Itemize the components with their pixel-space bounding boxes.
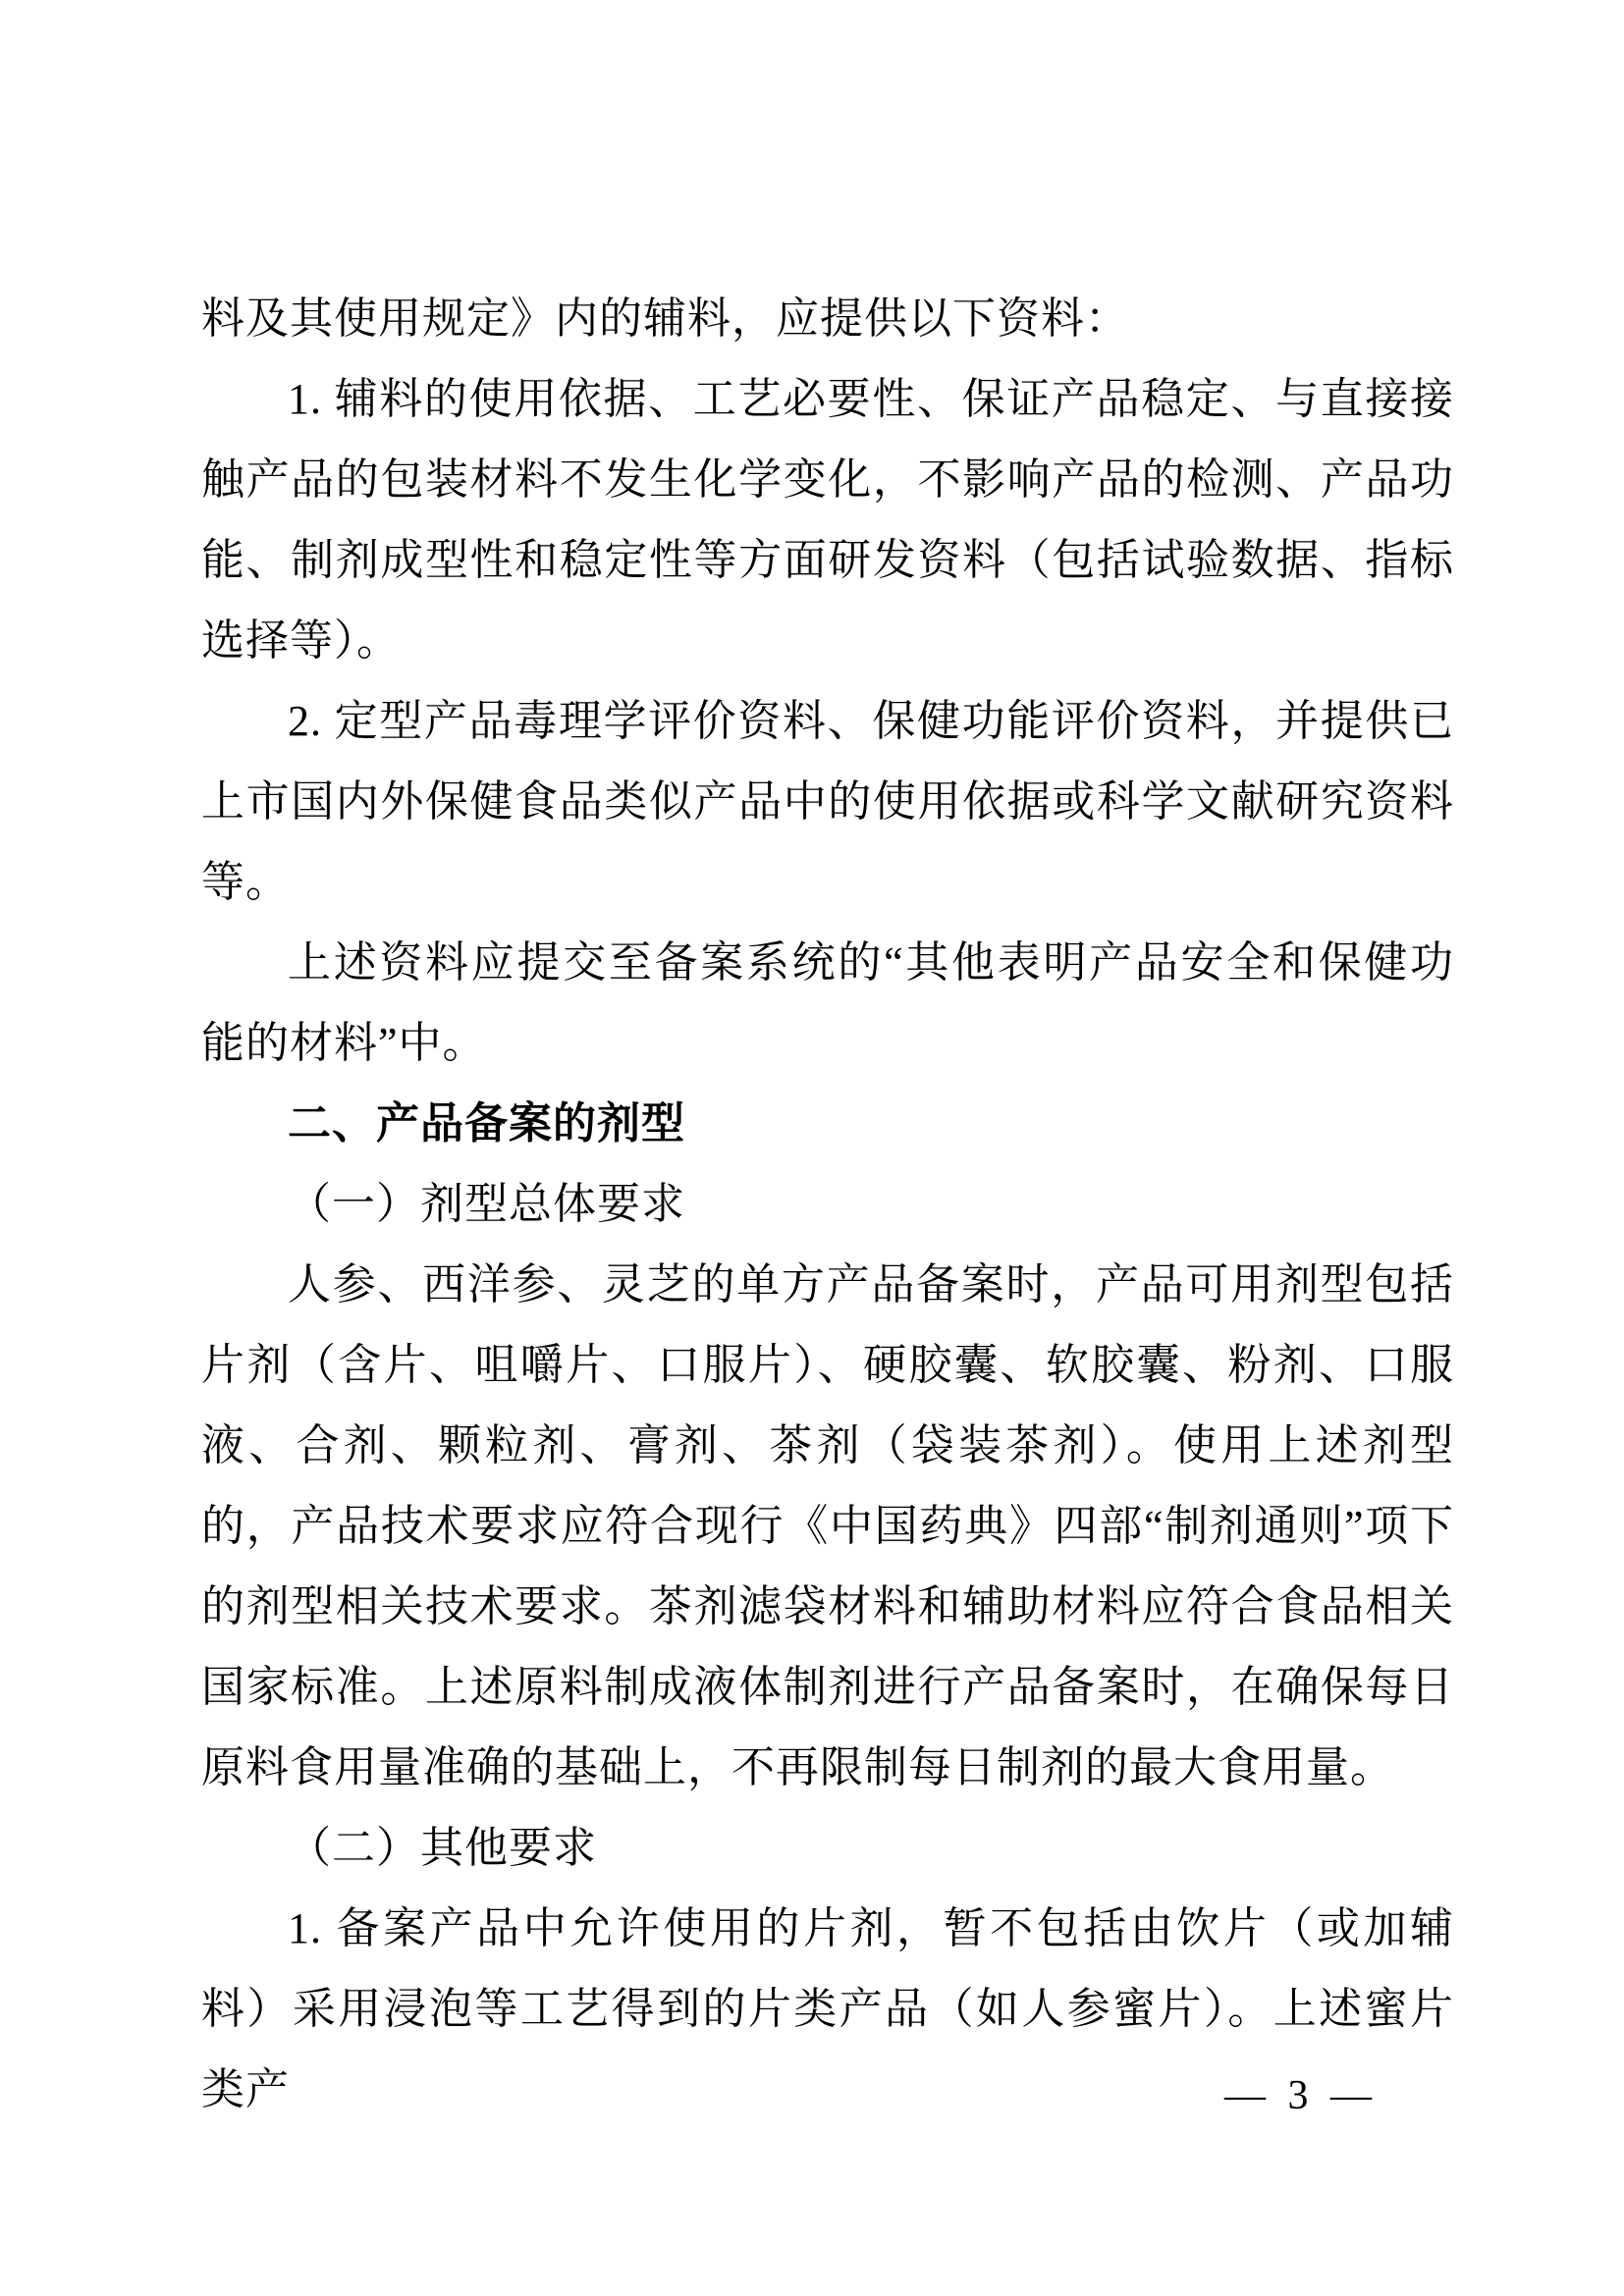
numbered-item-1: 1. 辅料的使用依据、工艺必要性、保证产品稳定、与直接接触产品的包装材料不发生化… bbox=[201, 359, 1454, 681]
numbered-item-2: 2. 定型产品毒理学评价资料、保健功能评价资料，并提供已上市国内外保健食品类似产… bbox=[201, 681, 1454, 923]
body-paragraph: 上述资料应提交至备案系统的“其他表明产品安全和保健功能的材料”中。 bbox=[201, 923, 1454, 1084]
page-number: — 3 — bbox=[1224, 2073, 1378, 2118]
body-paragraph: 人参、西洋参、灵芝的单方产品备案时，产品可用剂型包括片剂（含片、咀嚼片、口服片）… bbox=[201, 1245, 1454, 1808]
subsection-heading-2: （二）其他要求 bbox=[201, 1808, 1454, 1889]
document-text-block: 料及其使用规定》内的辅料，应提供以下资料： 1. 辅料的使用依据、工艺必要性、保… bbox=[201, 279, 1454, 2130]
section-heading: 二、产品备案的剂型 bbox=[201, 1084, 1454, 1164]
subsection-heading-1: （一）剂型总体要求 bbox=[201, 1164, 1454, 1245]
body-paragraph-continuation: 料及其使用规定》内的辅料，应提供以下资料： bbox=[201, 279, 1454, 359]
document-page: 料及其使用规定》内的辅料，应提供以下资料： 1. 辅料的使用依据、工艺必要性、保… bbox=[0, 0, 1624, 2296]
